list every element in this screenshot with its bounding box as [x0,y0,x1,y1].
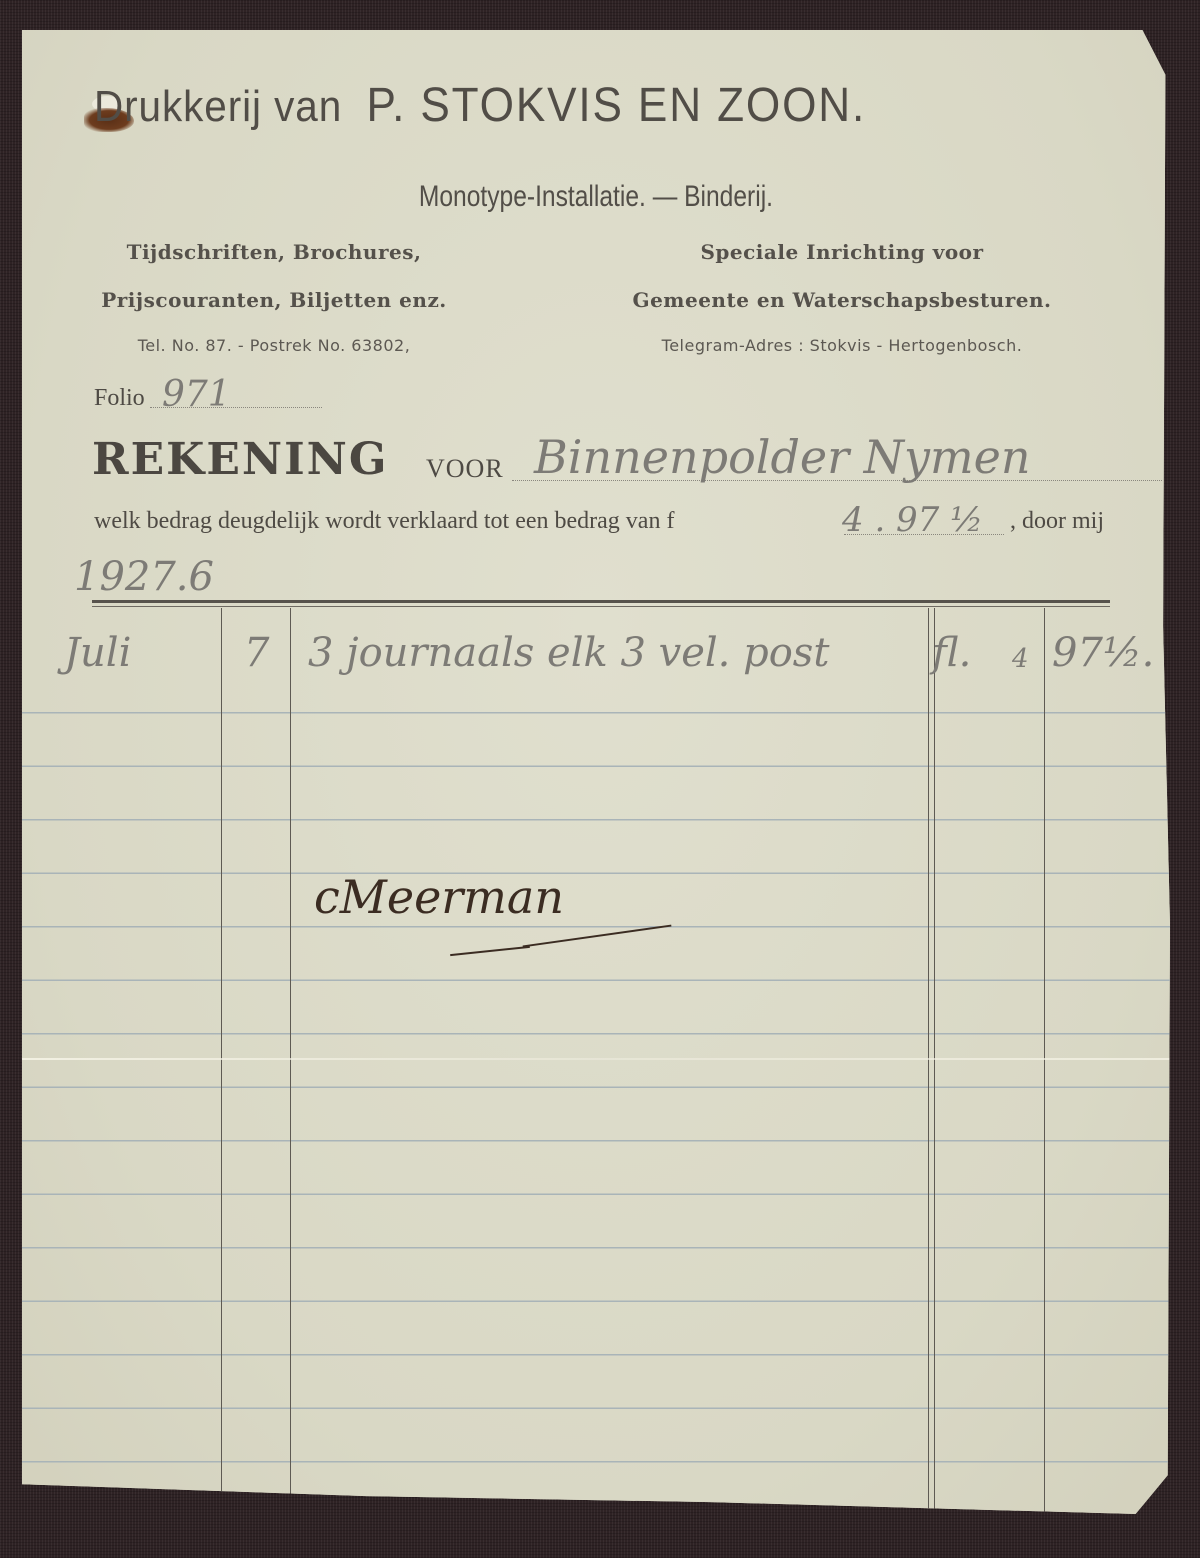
company-name: P. STOKVIS EN ZOON. [367,79,867,132]
folio-number: 971 [162,374,231,415]
left-services-line1: Tijdschriften, Brochures, [94,240,454,264]
statement-suffix: , door mij [1010,508,1104,535]
row-unit: fl. [932,630,971,676]
invoice-paper: Drukkerij van P. STOKVIS EN ZOON. Monoty… [22,30,1170,1520]
voor-label: VOOR [426,454,504,484]
customer-name: Binnenpolder Nymen [534,430,1030,484]
column-divider-guilders [1044,608,1045,1520]
ledger-ruled-lines [22,660,1170,1520]
right-services-line2: Gemeente en Waterschapsbesturen. [582,288,1102,312]
signature: cMeerman [314,870,564,924]
row-month: Juli [64,630,131,676]
title-prefix: Drukkerij van [94,82,342,131]
statement-text: welk bedrag deugdelijk wordt verklaard t… [94,508,674,535]
letterhead-subtitle: Monotype-Installatie. — Binderij. [22,180,1170,214]
right-services-line1: Speciale Inrichting voor [582,240,1102,264]
ledger-top-rule-thin [92,606,1110,607]
subtitle-text: Monotype-Installatie. — Binderij. [419,180,773,214]
telegram-address: Telegram-Adres : Stokvis - Hertogenbosch… [582,336,1102,355]
column-divider-desc-a [928,608,929,1520]
ledger-top-rule [92,600,1110,603]
paper-fold-crease [22,1058,1170,1060]
column-divider-month [221,608,222,1520]
row-description: 3 journaals elk 3 vel. post [308,630,829,676]
row-guilders: 4 [1012,644,1029,674]
row-cents: 97½. [1052,630,1154,676]
left-services-line2: Prijscouranten, Biljetten enz. [94,288,454,312]
phone-postal-info: Tel. No. 87. - Postrek No. 63802, [94,336,454,355]
year-note: 1927.6 [74,554,214,600]
row-day: 7 [244,630,269,676]
folio-label: Folio [94,385,145,412]
rekening-heading: REKENING [92,434,388,485]
column-divider-day [290,608,291,1520]
amount-value: 4 . 97 ½ [842,500,983,540]
column-divider-desc-b [934,608,935,1520]
letterhead-title: Drukkerij van P. STOKVIS EN ZOON. [94,78,866,133]
